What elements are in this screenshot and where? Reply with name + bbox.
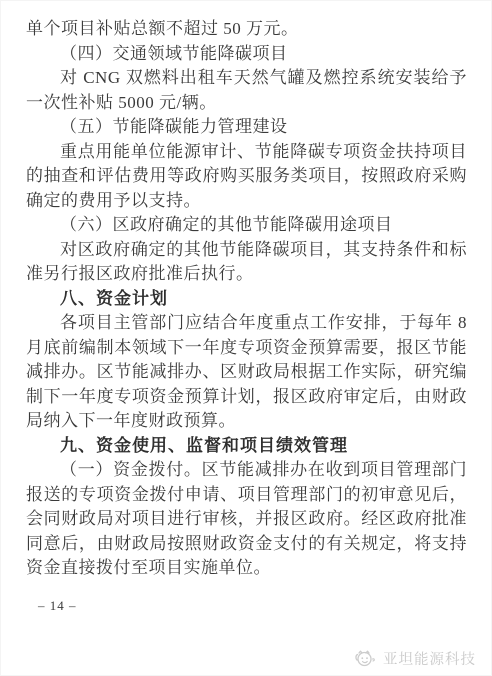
mascot-face-icon — [354, 650, 380, 668]
paragraph: （一）资金拨付。区节能减排办在收到项目管理部门报送的专项资金拨付申请、项目管理部… — [26, 458, 467, 581]
paragraph: 对区政府确定的其他节能降碳项目，其支持条件和标准另行报区政府批准后执行。 — [26, 238, 467, 287]
paragraph: （六）区政府确定的其他节能降碳用途项目 — [26, 213, 467, 238]
watermark-text: 亚坦能源科技 — [383, 648, 476, 669]
paragraph: 各项目主管部门应结合年度重点工作安排，于每年 8 月底前编制本领域下一年度专项资… — [26, 311, 467, 434]
document-body: 单个项目补贴总额不超过 50 万元。（四）交通领域节能降碳项目对 CNG 双燃料… — [26, 17, 467, 581]
watermark: 亚坦能源科技 — [354, 648, 476, 669]
section-heading: 九、资金使用、监督和项目绩效管理 — [26, 434, 467, 459]
section-heading: 八、资金计划 — [26, 287, 467, 312]
paragraph: 单个项目补贴总额不超过 50 万元。 — [26, 17, 467, 42]
paragraph: 重点用能单位能源审计、节能降碳专项资金扶持项目的抽查和评估费用等政府购买服务类项… — [26, 140, 467, 214]
paragraph: （五）节能降碳能力管理建设 — [26, 115, 467, 140]
page-number: – 14 – — [38, 598, 77, 614]
document-page: 单个项目补贴总额不超过 50 万元。（四）交通领域节能降碳项目对 CNG 双燃料… — [0, 0, 492, 676]
paragraph: 对 CNG 双燃料出租车天然气罐及燃控系统安装给予一次性补贴 5000 元/辆。 — [26, 66, 467, 115]
paragraph: （四）交通领域节能降碳项目 — [26, 42, 467, 67]
